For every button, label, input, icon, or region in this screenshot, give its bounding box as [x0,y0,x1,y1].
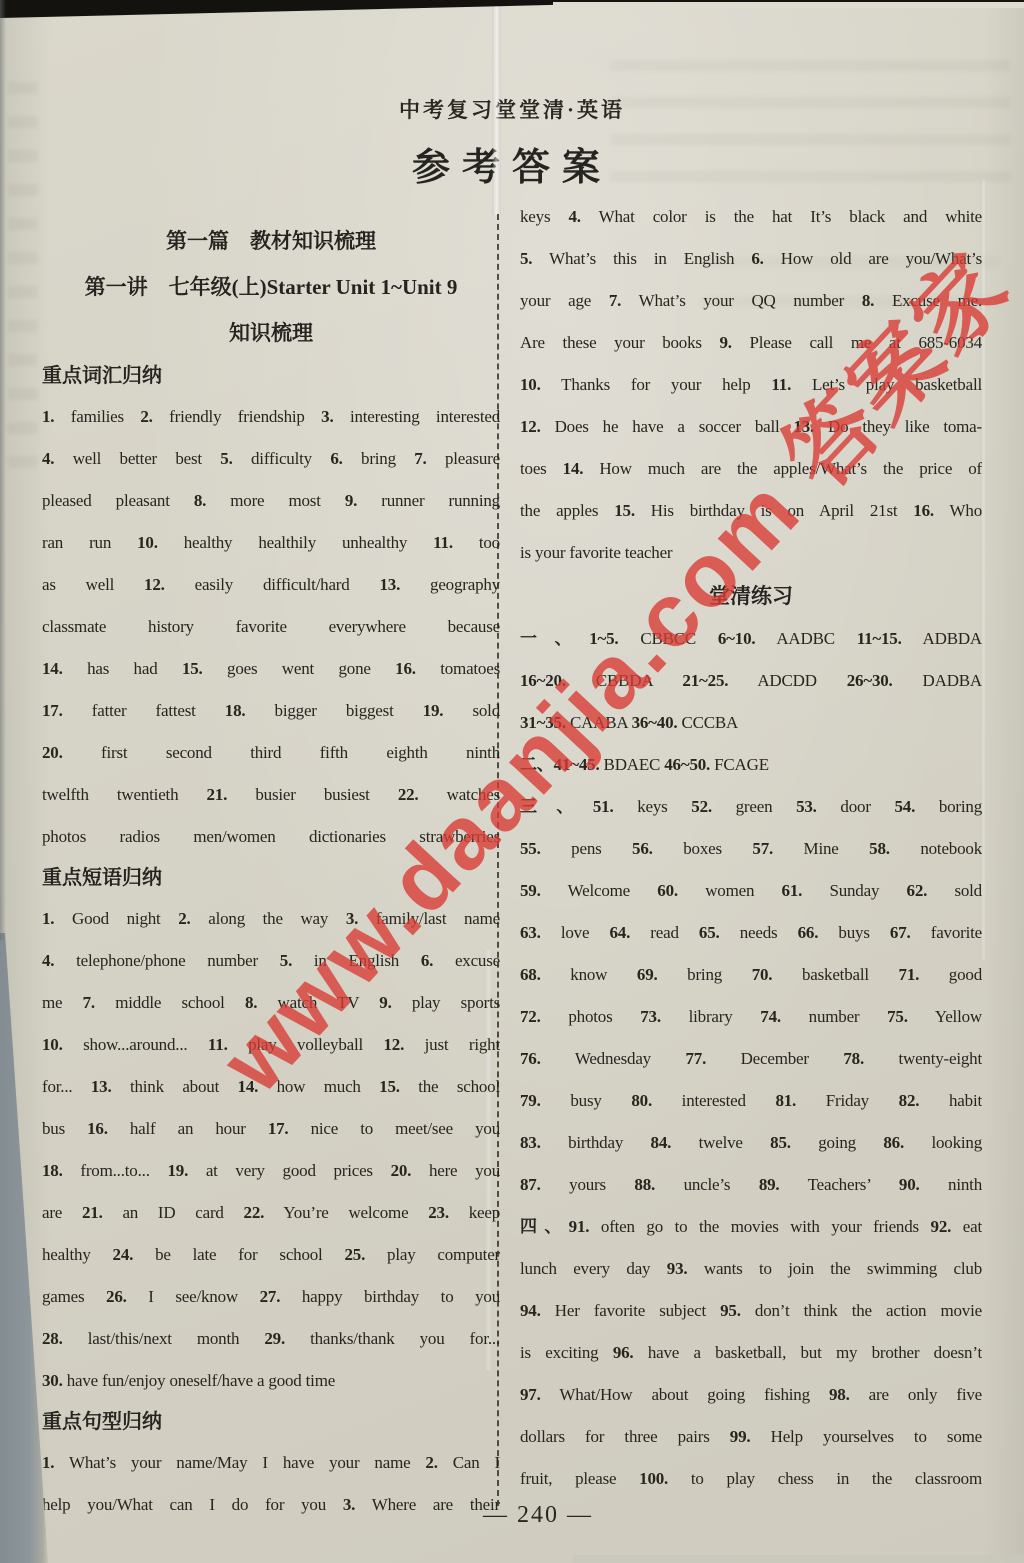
answer-line: 1. What’s your name/May I have your name… [42,1442,500,1484]
answer-line: 97. What/How about going fishing 98. are… [520,1374,982,1416]
answer-line: 1. families 2. friendly friendship 3. in… [42,396,500,438]
right-column: keys 4. What color is the hat It’s black… [520,196,982,1500]
scan-top-edge-light [553,2,1024,8]
answer-line: as well 12. easily difficult/hard 13. ge… [42,564,500,606]
answer-line: is exciting 96. have a basketball, but m… [520,1332,982,1374]
answer-line: 59. Welcome 60. women 61. Sunday 62. sol… [520,870,982,912]
answer-line: 一、1~5. CBBCC 6~10. AADBC 11~15. ADBDA [520,618,982,660]
answer-line: fruit, please 100. to play chess in the … [520,1458,982,1500]
answer-line: pleased pleasant 8. more most 9. runner … [42,480,500,522]
answer-line: 87. yours 88. uncle’s 89. Teachers’ 90. … [520,1164,982,1206]
answer-line: is your favorite teacher [520,532,982,574]
answer-line: 18. from...to... 19. at very good prices… [42,1150,500,1192]
answer-line: 55. pens 56. boxes 57. Mine 58. notebook [520,828,982,870]
answer-line: Are these your books 9. Please call me a… [520,322,982,364]
answer-line: 68. know 69. bring 70. basketball 71. go… [520,954,982,996]
answer-line: 4. telephone/phone number 5. in English … [42,940,500,982]
scan-left-edge [0,933,48,1563]
practice-answer-lines: 一、1~5. CBBCC 6~10. AADBC 11~15. ADBDA16~… [520,618,982,1500]
part-heading: 第一篇 教材知识梳理 [42,218,500,264]
answer-line: games 26. I see/know 27. happy birthday … [42,1276,500,1318]
answer-line: 三、51. keys 52. green 53. door 54. boring [520,786,982,828]
answer-line: lunch every day 93. wants to join the sw… [520,1248,982,1290]
answer-line: 四、91. often go to the movies with your f… [520,1206,982,1248]
answer-line: healthy 24. be late for school 25. play … [42,1234,500,1276]
answer-line: 12. Does he have a soccer ball 13. Do th… [520,406,982,448]
scanned-answer-page: 中考复习堂堂清·英语 参考答案 第一篇 教材知识梳理 第一讲 七年级(上)Sta… [0,0,1024,1563]
answer-line: your age 7. What’s your QQ number 8. Exc… [520,280,982,322]
answer-line: toes 14. How much are the apples/What’s … [520,448,982,490]
bleed-through-smudge [610,58,1010,208]
answer-line: twelfth twentieth 21. busier busiest 22.… [42,774,500,816]
left-column: 第一篇 教材知识梳理 第一讲 七年级(上)Starter Unit 1~Unit… [42,218,500,1526]
page-number: — 240 — [0,1502,1024,1529]
answer-line: 5. What’s this in English 6. How old are… [520,238,982,280]
answer-line: 31~35. CAABA 36~40. CCCBA [520,702,982,744]
answer-line: 1. Good night 2. along the way 3. family… [42,898,500,940]
scan-bottom-edge [573,1555,1024,1563]
vocab-section-title: 重点词汇归纳 [42,356,500,396]
answer-line: ran run 10. healthy healthily unhealthy … [42,522,500,564]
answer-line: 30. have fun/enjoy oneself/have a good t… [42,1360,500,1402]
phrases-section-title: 重点短语归纳 [42,858,500,898]
answer-line: 14. has had 15. goes went gone 16. tomat… [42,648,500,690]
answer-line: 63. love 64. read 65. needs 66. buys 67.… [520,912,982,954]
answer-line: 76. Wednesday 77. December 78. twenty-ei… [520,1038,982,1080]
answer-line: the apples 15. His birthday is on April … [520,490,982,532]
paper-crease [492,0,501,215]
practice-section-title: 堂清练习 [520,574,982,618]
answer-line: for... 13. think about 14. how much 15. … [42,1066,500,1108]
answer-line: are 21. an ID card 22. You’re welcome 23… [42,1192,500,1234]
answer-line: keys 4. What color is the hat It’s black… [520,196,982,238]
sentence-answer-lines-continued: keys 4. What color is the hat It’s black… [520,196,982,574]
answer-line: 28. last/this/next month 29. thanks/than… [42,1318,500,1360]
bleed-through-smudge [8,70,38,490]
answer-line: 83. birthday 84. twelve 85. going 86. lo… [520,1122,982,1164]
answer-line: 72. photos 73. library 74. number 75. Ye… [520,996,982,1038]
answer-line: classmate history favorite everywhere be… [42,606,500,648]
answer-line: me 7. middle school 8. watch TV 9. play … [42,982,500,1024]
answer-line: 17. fatter fattest 18. bigger biggest 19… [42,690,500,732]
answer-line: 10. Thanks for your help 11. Let’s play … [520,364,982,406]
answer-line: 4. well better best 5. difficulty 6. bri… [42,438,500,480]
answer-line: 二、41~45. BDAEC 46~50. FCAGE [520,744,982,786]
answer-line: photos radios men/women dictionaries str… [42,816,500,858]
answer-line: 20. first second third fifth eighth nint… [42,732,500,774]
outline-heading: 知识梳理 [42,310,500,356]
vocab-answer-lines: 1. families 2. friendly friendship 3. in… [42,396,500,858]
answer-line: 10. show...around... 11. play volleyball… [42,1024,500,1066]
answer-line: 94. Her favorite subject 95. don’t think… [520,1290,982,1332]
lecture-heading: 第一讲 七年级(上)Starter Unit 1~Unit 9 [42,264,500,310]
scan-left-edge [0,0,6,940]
phrase-answer-lines: 1. Good night 2. along the way 3. family… [42,898,500,1402]
answer-line: dollars for three pairs 99. Help yoursel… [520,1416,982,1458]
answer-line: bus 16. half an hour 17. nice to meet/se… [42,1108,500,1150]
sentences-section-title: 重点句型归纳 [42,1402,500,1442]
answer-line: 16~20. CBBDA 21~25. ADCDD 26~30. DADBA [520,660,982,702]
answer-line: 79. busy 80. interested 81. Friday 82. h… [520,1080,982,1122]
